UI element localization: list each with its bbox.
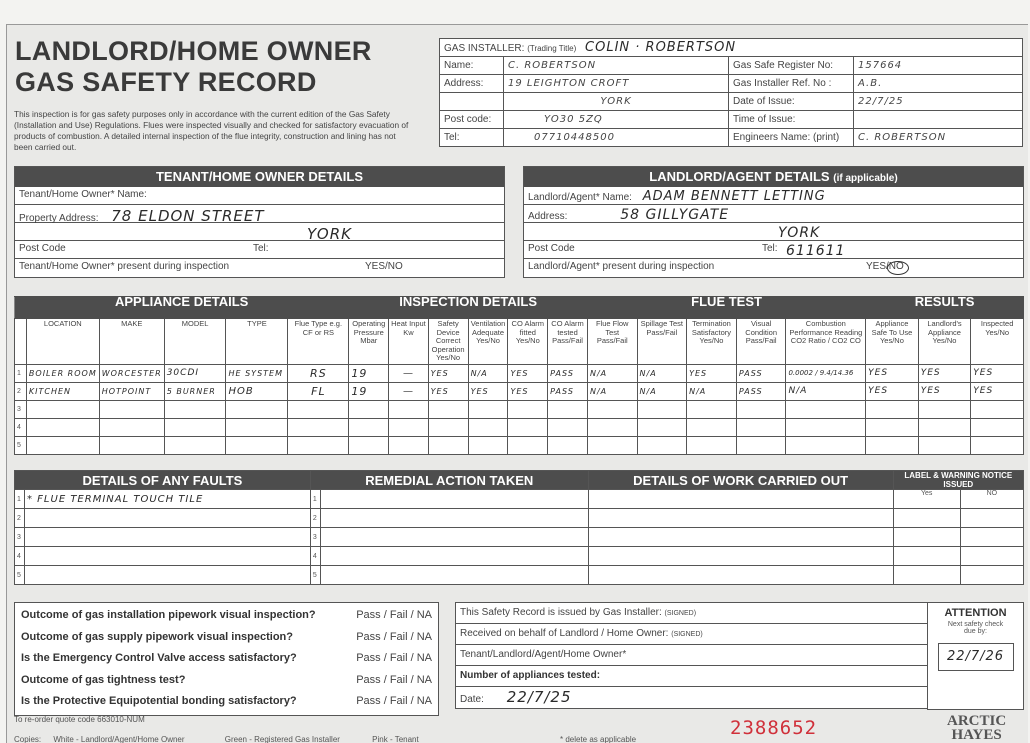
appliance-cell[interactable]: YES — [918, 382, 971, 400]
landlord-tel-field[interactable]: 611611 — [786, 243, 845, 259]
tenant-details: TENANT/HOME OWNER DETAILS Tenant/Home Ow… — [14, 166, 505, 278]
gas-safety-record-form: LANDLORD/HOME OWNER GAS SAFETY RECORD Th… — [6, 24, 1028, 743]
label-yes[interactable]: Yes — [893, 490, 960, 509]
question-row: Outcome of gas tightness test?Pass / Fai… — [21, 670, 432, 692]
remedial-field[interactable] — [320, 490, 588, 509]
fault-field[interactable]: * FLUE TERMINAL TOUCH TILE — [25, 490, 311, 509]
appliance-cell[interactable]: YES — [971, 364, 1024, 382]
trading-title-field[interactable]: COLIN · ROBERTSON — [585, 40, 736, 55]
appliance-cell[interactable]: 30CDI — [164, 364, 226, 382]
appliance-row: 3 — [15, 400, 1024, 418]
copies-legend: Copies: White - Landlord/Agent/Home Owne… — [14, 735, 419, 743]
appliance-cell[interactable]: N/A — [687, 382, 737, 400]
installer-address-line1[interactable]: 19 LEIGHTON CROFT — [504, 75, 729, 93]
appliance-cell[interactable]: PASS — [548, 382, 588, 400]
appliance-cell[interactable]: FL — [288, 382, 349, 400]
installer-ref-field[interactable]: A.B. — [854, 75, 1023, 93]
appliance-cell[interactable]: RS — [288, 364, 349, 382]
selected-no-circle — [887, 261, 909, 275]
appliance-cell[interactable]: N/A — [468, 364, 508, 382]
installer-details: GAS INSTALLER: (Trading Title) COLIN · R… — [439, 38, 1023, 147]
signoff-block: This Safety Record is issued by Gas Inst… — [455, 602, 928, 709]
inspection-questions: Outcome of gas installation pipework vis… — [14, 602, 439, 716]
question-row: Outcome of gas supply pipework visual in… — [21, 627, 432, 649]
appliance-cell[interactable]: 5 BURNER — [164, 382, 226, 400]
reorder-code: To re-order quote code 663010-NUM — [14, 715, 145, 724]
pass-fail-na-choice[interactable]: Pass / Fail / NA — [356, 605, 432, 627]
installer-address-line2[interactable]: YORK — [504, 93, 729, 111]
installer-tel-field[interactable]: 07710448500 — [504, 129, 729, 147]
appliance-cell[interactable]: 19 — [349, 364, 389, 382]
installer-postcode-field[interactable]: YO30 5ZQ — [504, 111, 729, 129]
appliance-cell[interactable]: YES — [866, 364, 919, 382]
delete-note: * delete as applicable — [560, 735, 636, 743]
appliance-cell[interactable]: KITCHEN — [26, 382, 99, 400]
appliance-cell[interactable]: YES — [918, 364, 971, 382]
appliance-cell[interactable]: WORCESTER — [99, 364, 164, 382]
pass-fail-na-choice[interactable]: Pass / Fail / NA — [356, 670, 432, 692]
fault-row: 3 3 — [15, 528, 1024, 547]
pass-fail-na-choice[interactable]: Pass / Fail / NA — [356, 648, 432, 670]
faults-table: DETAILS OF ANY FAULTS REMEDIAL ACTION TA… — [14, 470, 1024, 585]
appliance-row: 2 KITCHEN HOTPOINT 5 BURNER HOB FL 19 — … — [15, 382, 1024, 400]
question-row: Is the Emergency Control Valve access sa… — [21, 648, 432, 670]
landlord-details: LANDLORD/AGENT DETAILS (if applicable) L… — [523, 166, 1024, 278]
appliance-cell[interactable]: YES — [971, 382, 1024, 400]
appliance-cell[interactable]: N/A — [786, 382, 866, 400]
appliance-cell[interactable]: HE SYSTEM — [226, 364, 288, 382]
pass-fail-na-choice[interactable]: Pass / Fail / NA — [356, 627, 432, 649]
appliance-row: 1 BOILER ROOM WORCESTER 30CDI HE SYSTEM … — [15, 364, 1024, 382]
appliance-table: APPLIANCE DETAILS INSPECTION DETAILS FLU… — [14, 296, 1024, 455]
fault-row: 4 4 — [15, 547, 1024, 566]
date-of-issue-field[interactable]: 22/7/25 — [854, 93, 1023, 111]
tenant-present-toggle[interactable]: YES/NO — [365, 261, 403, 272]
pass-fail-na-choice[interactable]: Pass / Fail / NA — [356, 691, 432, 713]
appliance-cell[interactable]: — — [389, 364, 428, 382]
appliance-cell[interactable]: PASS — [548, 364, 588, 382]
attention-box: ATTENTION Next safety check due by: 22/7… — [927, 602, 1024, 710]
signoff-date-field[interactable]: 22/7/25 — [507, 688, 572, 706]
arctic-hayes-logo: ARCTIC HAYES — [947, 714, 1006, 742]
appliance-cell[interactable]: N/A — [587, 382, 637, 400]
work-field[interactable] — [588, 490, 893, 509]
appliance-cell[interactable]: HOTPOINT — [99, 382, 164, 400]
appliance-cell[interactable]: YES — [428, 382, 468, 400]
appliance-cell[interactable]: N/A — [637, 364, 687, 382]
form-title: LANDLORD/HOME OWNER GAS SAFETY RECORD — [15, 36, 372, 98]
fault-row: 5 5 — [15, 566, 1024, 585]
next-check-due-field[interactable]: 22/7/26 — [938, 643, 1014, 671]
appliance-cell[interactable]: YES — [687, 364, 737, 382]
landlord-address-line1[interactable]: 58 GILLYGATE — [620, 207, 729, 223]
appliance-cell[interactable]: YES — [428, 364, 468, 382]
appliance-cell[interactable]: BOILER ROOM — [26, 364, 99, 382]
appliance-cell[interactable]: N/A — [637, 382, 687, 400]
appliances-tested-field[interactable]: Number of appliances tested: — [456, 666, 927, 687]
question-row: Is the Protective Equipotential bonding … — [21, 691, 432, 713]
gas-safe-register-field[interactable]: 157664 — [854, 57, 1023, 75]
appliance-cell[interactable]: — — [389, 382, 428, 400]
appliance-cell[interactable]: YES — [468, 382, 508, 400]
landlord-address-line2[interactable]: YORK — [778, 225, 820, 241]
engineer-name-field[interactable]: C. ROBERTSON — [854, 129, 1023, 147]
serial-number: 2388652 — [730, 717, 817, 739]
appliance-cell[interactable]: YES — [866, 382, 919, 400]
label-no[interactable]: NO — [960, 490, 1023, 509]
appliance-row: 4 — [15, 418, 1024, 436]
landlord-name-field[interactable]: ADAM BENNETT LETTING — [643, 189, 826, 204]
appliance-cell[interactable]: YES — [508, 364, 548, 382]
installer-name-field[interactable]: C. ROBERTSON — [504, 57, 729, 75]
appliance-cell[interactable]: PASS — [736, 364, 786, 382]
appliance-cell[interactable]: PASS — [736, 382, 786, 400]
fault-row: 2 2 — [15, 509, 1024, 528]
appliance-cell[interactable]: YES — [508, 382, 548, 400]
intro-text: This inspection is for gas safety purpos… — [14, 109, 409, 153]
appliance-cell[interactable]: 0.0002 / 9.4/14.36 — [786, 364, 866, 382]
appliance-cell[interactable]: N/A — [587, 364, 637, 382]
time-of-issue-field[interactable] — [854, 111, 1023, 129]
appliance-row: 5 — [15, 436, 1024, 454]
appliance-cell[interactable]: 19 — [349, 382, 389, 400]
fault-row: 1 * FLUE TERMINAL TOUCH TILE 1 Yes NO — [15, 490, 1024, 509]
question-row: Outcome of gas installation pipework vis… — [21, 605, 432, 627]
appliance-cell[interactable]: HOB — [226, 382, 288, 400]
